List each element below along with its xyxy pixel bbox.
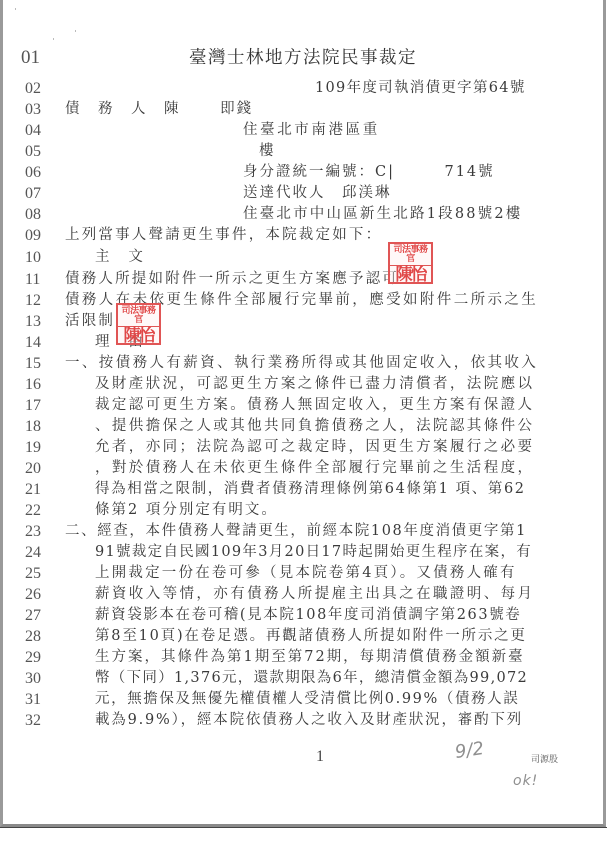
body-line: 19 允者，亦同；法院為認可之裁定時，因更生方案履行之必要 xyxy=(3,437,603,458)
line-number: 04 xyxy=(25,120,55,141)
body-line: 29 生方案，其條件為第1期至第72期，每期清償債務金額新臺 xyxy=(3,647,603,668)
document-title: 臺灣士林地方法院民事裁定 xyxy=(189,44,417,72)
line-number: 12 xyxy=(25,290,55,311)
title-line: 01 臺灣士林地方法院民事裁定 xyxy=(3,44,603,72)
section-heading-main: 主 文 xyxy=(95,247,145,268)
debtor-address-cont-line: 05 樓 xyxy=(3,141,603,162)
official-seal: 司法事務官 陳怡如 xyxy=(116,303,161,345)
debtor-line: 03 債 務 人 陳 即錢 xyxy=(3,99,603,120)
body-text: 元，無擔保及無優先權債權人受清償比例0.99%（債務人誤 xyxy=(95,689,519,710)
body-line: 27 薪資袋影本在卷可稽(見本院108年度司消債調字第263號卷 xyxy=(3,605,603,626)
body-text: ，對於債務人在未依更生條件全部履行完畢前之生活程度， xyxy=(95,458,534,479)
line-number: 09 xyxy=(25,225,55,246)
line-number: 13 xyxy=(25,311,55,332)
seal-name: 陳怡如 xyxy=(118,328,159,345)
page-edge xyxy=(0,827,607,828)
id-number: 身分證統一編號：C| 714號 xyxy=(243,162,495,183)
scan-speck xyxy=(15,8,16,10)
body-text: 薪資袋影本在卷可稽(見本院108年度司消債調字第263號卷 xyxy=(95,605,521,626)
scan-speck xyxy=(75,30,76,32)
agent-address-line: 08 住臺北市中山區新生北路1段88號2樓 xyxy=(3,204,603,225)
line-number: 07 xyxy=(25,183,55,204)
section-heading-line: 10 主 文 xyxy=(3,247,603,268)
body-line: 30 幣（下同）1,376元，還款期限為6年，總清償金額為99,072 xyxy=(3,668,603,689)
body-text: 裁定認可更生方案。債務人無固定收入，更生方案有保證人 xyxy=(95,395,534,416)
body-line: 20 ，對於債務人在未依更生條件全部履行完畢前之生活程度， xyxy=(3,458,603,479)
line-number: 05 xyxy=(25,141,55,162)
line-number: 32 xyxy=(25,710,55,731)
body-text: 上開裁定一份在卷可參（見本院卷第4頁）。又債務人確有 xyxy=(95,563,517,584)
line-number: 22 xyxy=(25,500,55,521)
body-line: 15 一、按債務人有薪資、執行業務所得或其他固定收入，依其收入 xyxy=(3,353,603,374)
document-page: 01 臺灣士林地方法院民事裁定 02 109年度司執消債更字第64號 03 債 … xyxy=(0,0,606,827)
agent-address: 住臺北市中山區新生北路1段88號2樓 xyxy=(243,204,523,225)
body-line: 18 、提供擔保之人或其他共同負擔債務之人，法院認其條件公 xyxy=(3,416,603,437)
body-text: 、提供擔保之人或其他共同負擔債務之人，法院認其條件公 xyxy=(95,416,534,437)
body-text: 條第2 項分別定有明文。 xyxy=(95,500,278,521)
official-seal: 司法事務官 陳怡如 xyxy=(388,242,433,284)
body-line: 24 91號裁定自民國109年3月20日17時起開始更生程序在案，有 xyxy=(3,542,603,563)
body-line: 22 條第2 項分別定有明文。 xyxy=(3,500,603,521)
line-number: 15 xyxy=(25,353,55,374)
line-number: 30 xyxy=(25,668,55,689)
line-number: 17 xyxy=(25,395,55,416)
line-number: 16 xyxy=(25,374,55,395)
seal-name: 陳怡如 xyxy=(390,267,431,284)
line-number: 31 xyxy=(25,689,55,710)
body-line: 26 薪資收入等情，亦有債務人所提雇主出具之在職證明、每月 xyxy=(3,584,603,605)
body-text: 二、經查，本件債務人聲請更生，前經本院108年度消債更字第1 xyxy=(65,521,527,542)
line-number: 18 xyxy=(25,416,55,437)
body-line: 28 第8至10頁)在卷足憑。再觀諸債務人所提如附件一所示之更 xyxy=(3,626,603,647)
line-number: 25 xyxy=(25,563,55,584)
body-text: 上列當事人聲請更生事件，本院裁定如下： xyxy=(65,225,382,246)
department-label: 司源股 xyxy=(531,752,558,765)
line-number: 27 xyxy=(25,605,55,626)
body-text: 載為9.9%），經本院依債務人之收入及財產狀況，審酌下列 xyxy=(95,710,523,731)
body-line: 16 及財產狀況，可認更生方案之條件已盡力清償者，法院應以 xyxy=(3,374,603,395)
body-line: 25 上開裁定一份在卷可參（見本院卷第4頁）。又債務人確有 xyxy=(3,563,603,584)
body-line: 09 上列當事人聲請更生事件，本院裁定如下： xyxy=(3,225,603,246)
body-text: 第8至10頁)在卷足憑。再觀諸債務人所提如附件一所示之更 xyxy=(95,626,527,647)
case-number-line: 02 109年度司執消債更字第64號 xyxy=(3,78,603,99)
line-number: 14 xyxy=(25,332,55,353)
line-number: 19 xyxy=(25,437,55,458)
body-text: 一、按債務人有薪資、執行業務所得或其他固定收入，依其收入 xyxy=(65,353,538,374)
body-text: 幣（下同）1,376元，還款期限為6年，總清償金額為99,072 xyxy=(95,668,528,689)
line-number: 08 xyxy=(25,204,55,225)
body-text: 允者，亦同；法院為認可之裁定時，因更生方案履行之必要 xyxy=(95,437,534,458)
body-line: 11 債務人所提如附件一所示之更生方案應予認可 xyxy=(3,269,603,290)
service-agent: 送達代收人 邱渼琳 xyxy=(243,183,392,204)
body-text: 91號裁定自民國109年3月20日17時起開始更生程序在案，有 xyxy=(95,542,532,563)
body-text: 得為相當之限制，消費者債務清理條例第64條第1 項、第62 xyxy=(95,479,526,500)
debtor-address-line: 04 住臺北市南港區重 xyxy=(3,120,603,141)
line-number: 20 xyxy=(25,458,55,479)
body-line: 21 得為相當之限制，消費者債務清理條例第64條第1 項、第62 xyxy=(3,479,603,500)
id-number-line: 06 身分證統一編號：C| 714號 xyxy=(3,162,603,183)
line-number: 06 xyxy=(25,162,55,183)
handwritten-date: 9/2 xyxy=(454,738,486,763)
seal-title: 司法事務官 xyxy=(390,246,431,266)
scan-speck xyxy=(53,38,54,40)
body-line: 17 裁定認可更生方案。債務人無固定收入，更生方案有保證人 xyxy=(3,395,603,416)
line-number: 11 xyxy=(25,269,55,290)
body-text: 及財產狀況，可認更生方案之條件已盡力清償者，法院應以 xyxy=(95,374,534,395)
body-line: 32 載為9.9%），經本院依債務人之收入及財產狀況，審酌下列 xyxy=(3,710,603,731)
section-heading-line: 14 理 由 xyxy=(3,332,603,353)
case-number: 109年度司執消債更字第64號 xyxy=(315,78,526,99)
line-number: 24 xyxy=(25,542,55,563)
line-number: 28 xyxy=(25,626,55,647)
body-text: 債務人所提如附件一所示之更生方案應予認可 xyxy=(65,269,399,290)
line-number: 23 xyxy=(25,521,55,542)
body-line: 23 二、經查，本件債務人聲請更生，前經本院108年度消債更字第1 xyxy=(3,521,603,542)
handwritten-note: ok! xyxy=(513,773,538,789)
body-text: 薪資收入等情，亦有債務人所提雇主出具之在職證明、每月 xyxy=(95,584,534,605)
body-text: 活限制 xyxy=(65,311,115,332)
line-number: 01 xyxy=(21,44,51,72)
line-number: 29 xyxy=(25,647,55,668)
line-number: 10 xyxy=(25,247,55,268)
debtor-name: 債 務 人 陳 即錢 xyxy=(65,99,253,120)
seal-title: 司法事務官 xyxy=(118,307,159,327)
agent-line: 07 送達代收人 邱渼琳 xyxy=(3,183,603,204)
debtor-address-cont: 樓 xyxy=(259,141,276,162)
page-number: 1 xyxy=(316,748,324,766)
body-text: 生方案，其條件為第1期至第72期，每期清償債務金額新臺 xyxy=(95,647,525,668)
line-number: 02 xyxy=(25,78,55,99)
body-line: 12 債務人在未依更生條件全部履行完畢前，應受如附件二所示之生 xyxy=(3,290,603,311)
line-number: 03 xyxy=(25,99,55,120)
line-number: 26 xyxy=(25,584,55,605)
debtor-address: 住臺北市南港區重 xyxy=(243,120,380,141)
body-line: 31 元，無擔保及無優先權債權人受清償比例0.99%（債務人誤 xyxy=(3,689,603,710)
line-number: 21 xyxy=(25,479,55,500)
body-line: 13 活限制 xyxy=(3,311,603,332)
